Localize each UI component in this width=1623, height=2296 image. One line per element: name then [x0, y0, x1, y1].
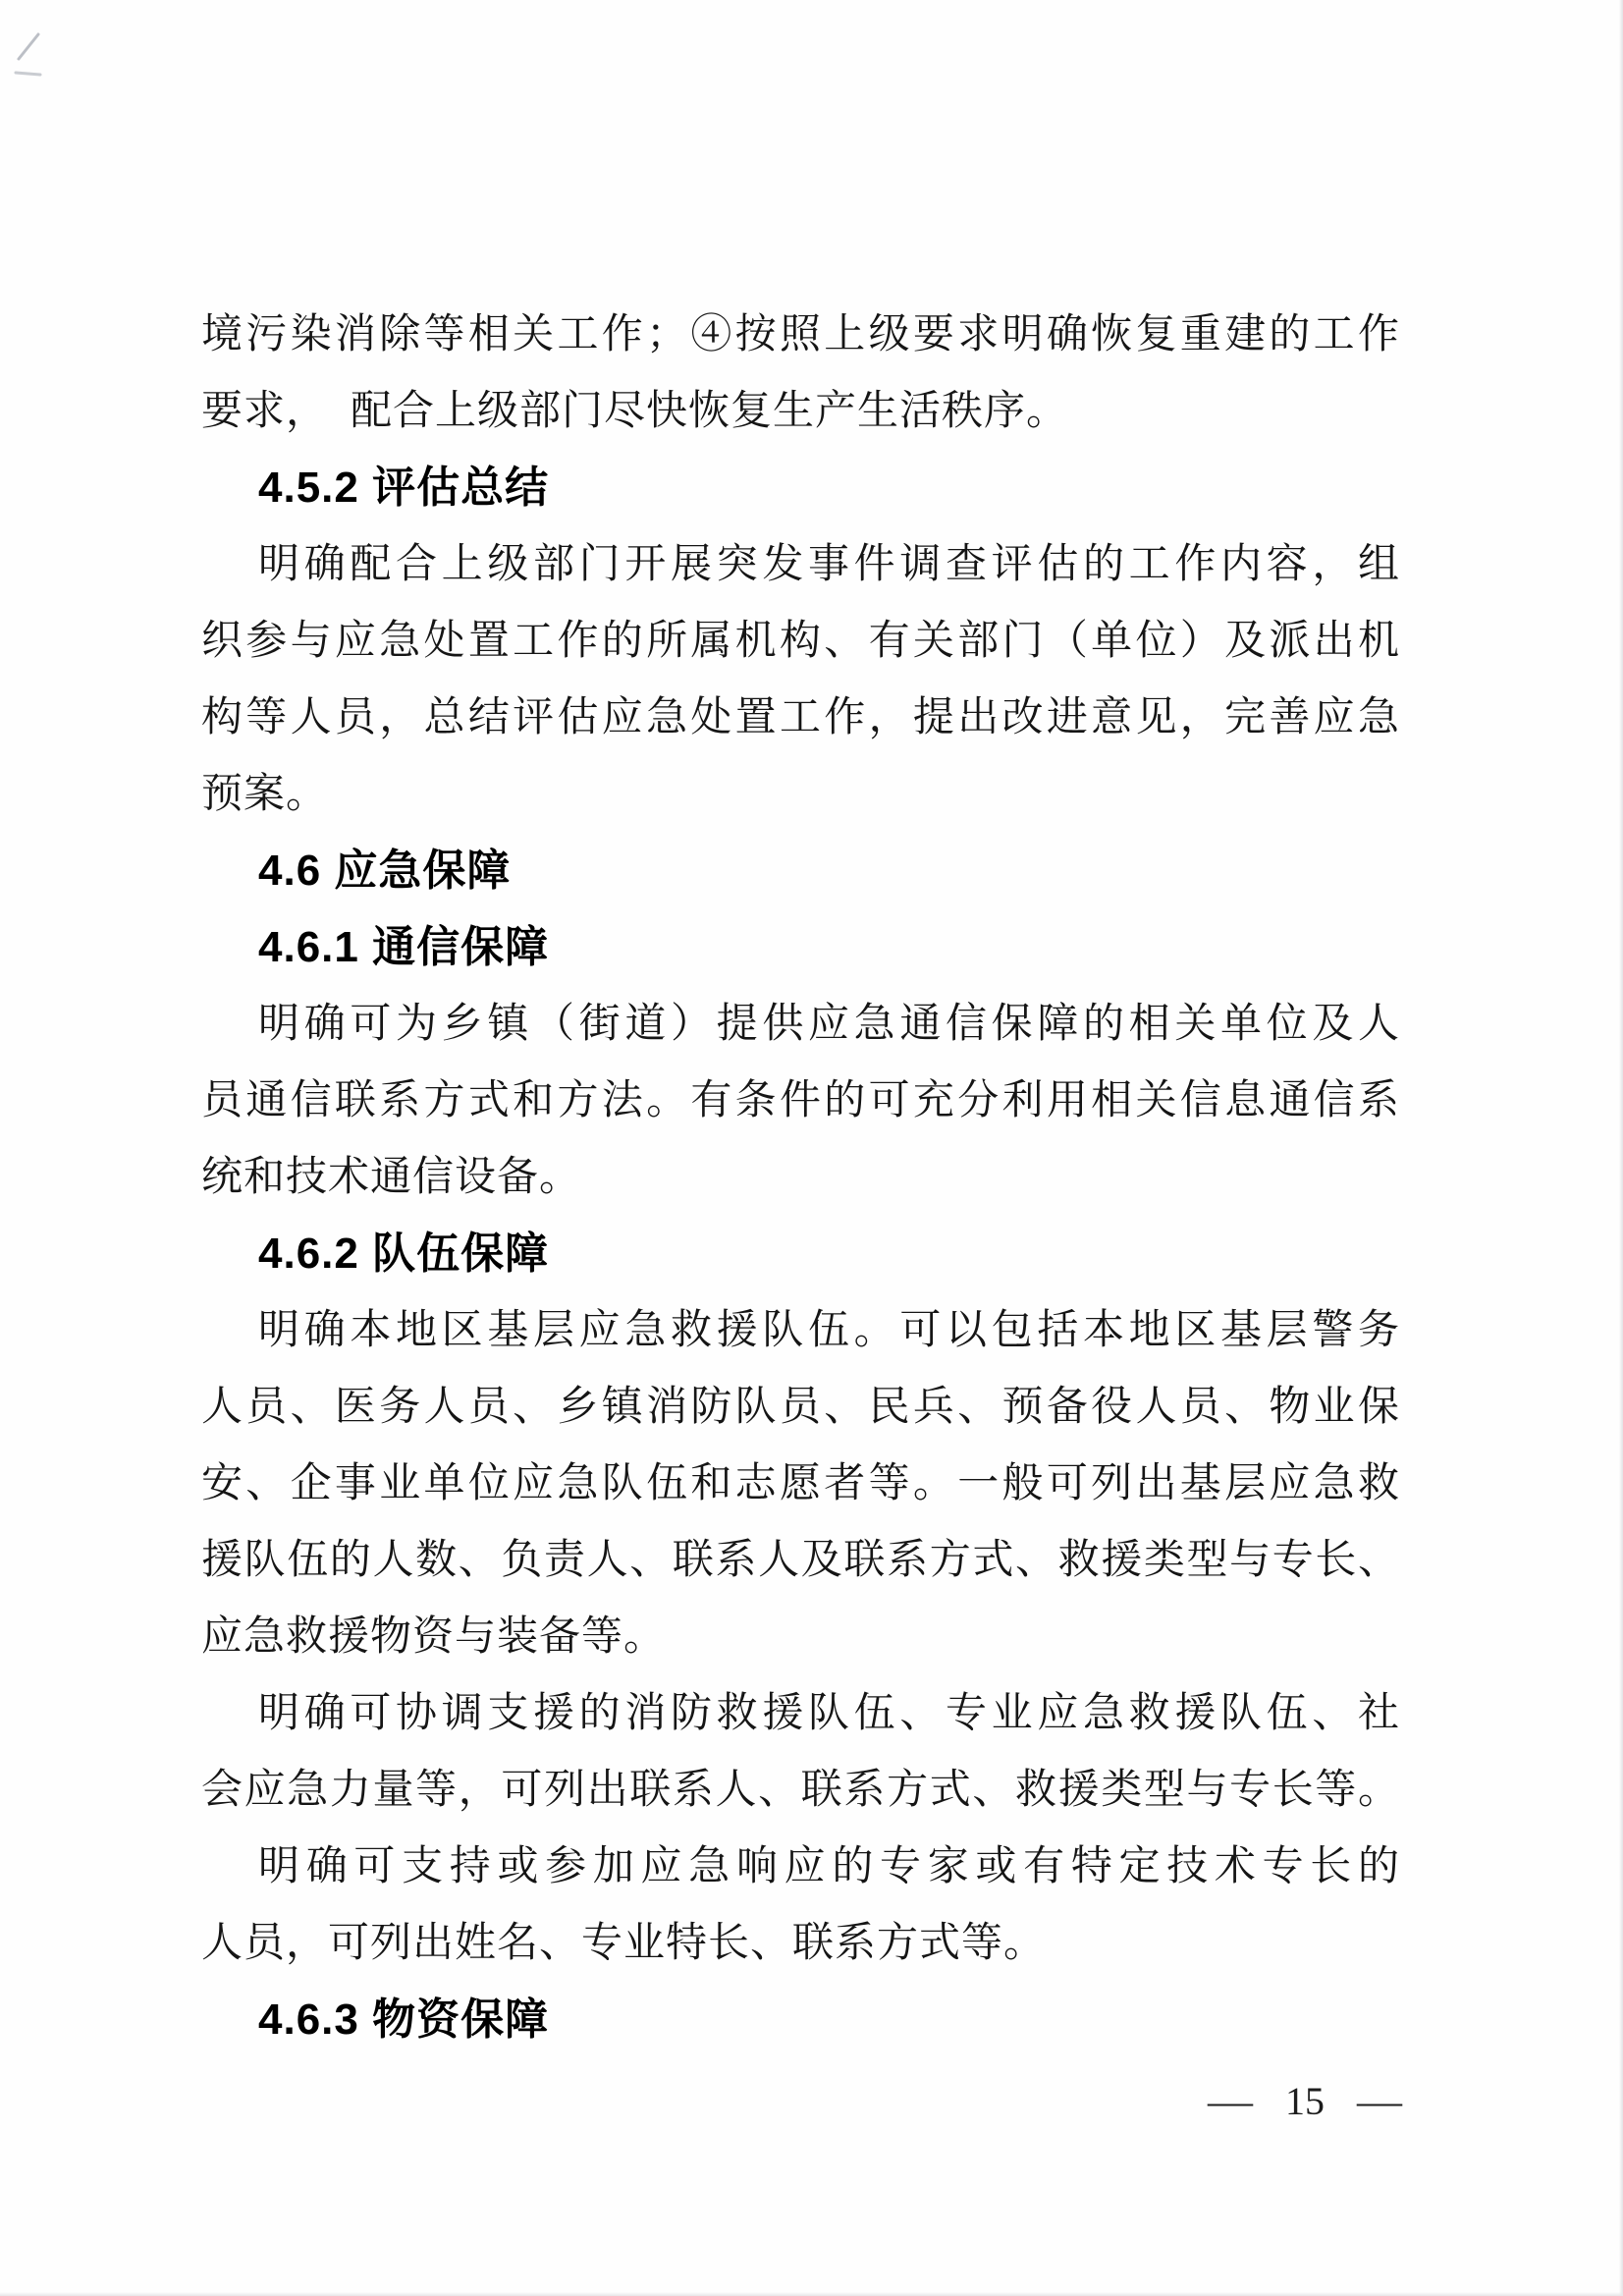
- body-line: 预案。: [201, 756, 1399, 833]
- heading-4-6-1: 4.6.1 通信保障: [201, 909, 1399, 986]
- body-line: 应急救援物资与装备等。: [201, 1599, 1399, 1675]
- body-line: 会应急力量等，可列出联系人、联系方式、救援类型与专长等。: [201, 1752, 1399, 1829]
- pencil-mark-icon: [8, 29, 51, 82]
- body-line: 明确可协调支援的消防救援队伍、专业应急救援队伍、社: [201, 1675, 1399, 1752]
- heading-4-6-3: 4.6.3 物资保障: [201, 1982, 1399, 2058]
- body-line: 要求， 配合上级部门尽快恢复生产生活秩序。: [201, 373, 1399, 450]
- scan-edge-bottom: [0, 2292, 1623, 2296]
- document-page: 境污染消除等相关工作；④按照上级要求明确恢复重建的工作 要求， 配合上级部门尽快…: [0, 0, 1623, 2296]
- document-body: 境污染消除等相关工作；④按照上级要求明确恢复重建的工作 要求， 配合上级部门尽快…: [201, 297, 1399, 2058]
- body-line: 织参与应急处置工作的所属机构、有关部门（单位）及派出机: [201, 603, 1399, 680]
- heading-4-6: 4.6 应急保障: [201, 833, 1399, 909]
- heading-4-5-2: 4.5.2 评估总结: [201, 450, 1399, 526]
- body-line: 明确可支持或参加应急响应的专家或有特定技术专长的: [201, 1829, 1399, 1905]
- body-line: 员通信联系方式和方法。有条件的可充分利用相关信息通信系: [201, 1063, 1399, 1139]
- body-line: 安、企事业单位应急队伍和志愿者等。一般可列出基层应急救: [201, 1446, 1399, 1522]
- body-line: 统和技术通信设备。: [201, 1139, 1399, 1216]
- body-line: 人员，可列出姓名、专业特长、联系方式等。: [201, 1905, 1399, 1982]
- footer-dash-left: —: [1208, 2078, 1253, 2125]
- page-number: 15: [1285, 2078, 1325, 2125]
- body-line: 明确本地区基层应急救援队伍。可以包括本地区基层警务: [201, 1292, 1399, 1369]
- body-line: 人员、医务人员、乡镇消防队员、民兵、预备役人员、物业保: [201, 1369, 1399, 1446]
- body-line: 援队伍的人数、负责人、联系人及联系方式、救援类型与专长、: [201, 1522, 1399, 1599]
- body-line: 境污染消除等相关工作；④按照上级要求明确恢复重建的工作: [201, 297, 1399, 373]
- body-line: 明确配合上级部门开展突发事件调查评估的工作内容，组: [201, 526, 1399, 603]
- footer-dash-right: —: [1357, 2078, 1402, 2125]
- body-line: 明确可为乡镇（街道）提供应急通信保障的相关单位及人: [201, 986, 1399, 1063]
- page-footer: — 15 —: [1211, 2078, 1399, 2125]
- body-line: 构等人员，总结评估应急处置工作，提出改进意见，完善应急: [201, 680, 1399, 756]
- heading-4-6-2: 4.6.2 队伍保障: [201, 1216, 1399, 1292]
- scan-edge-right: [1619, 0, 1623, 2296]
